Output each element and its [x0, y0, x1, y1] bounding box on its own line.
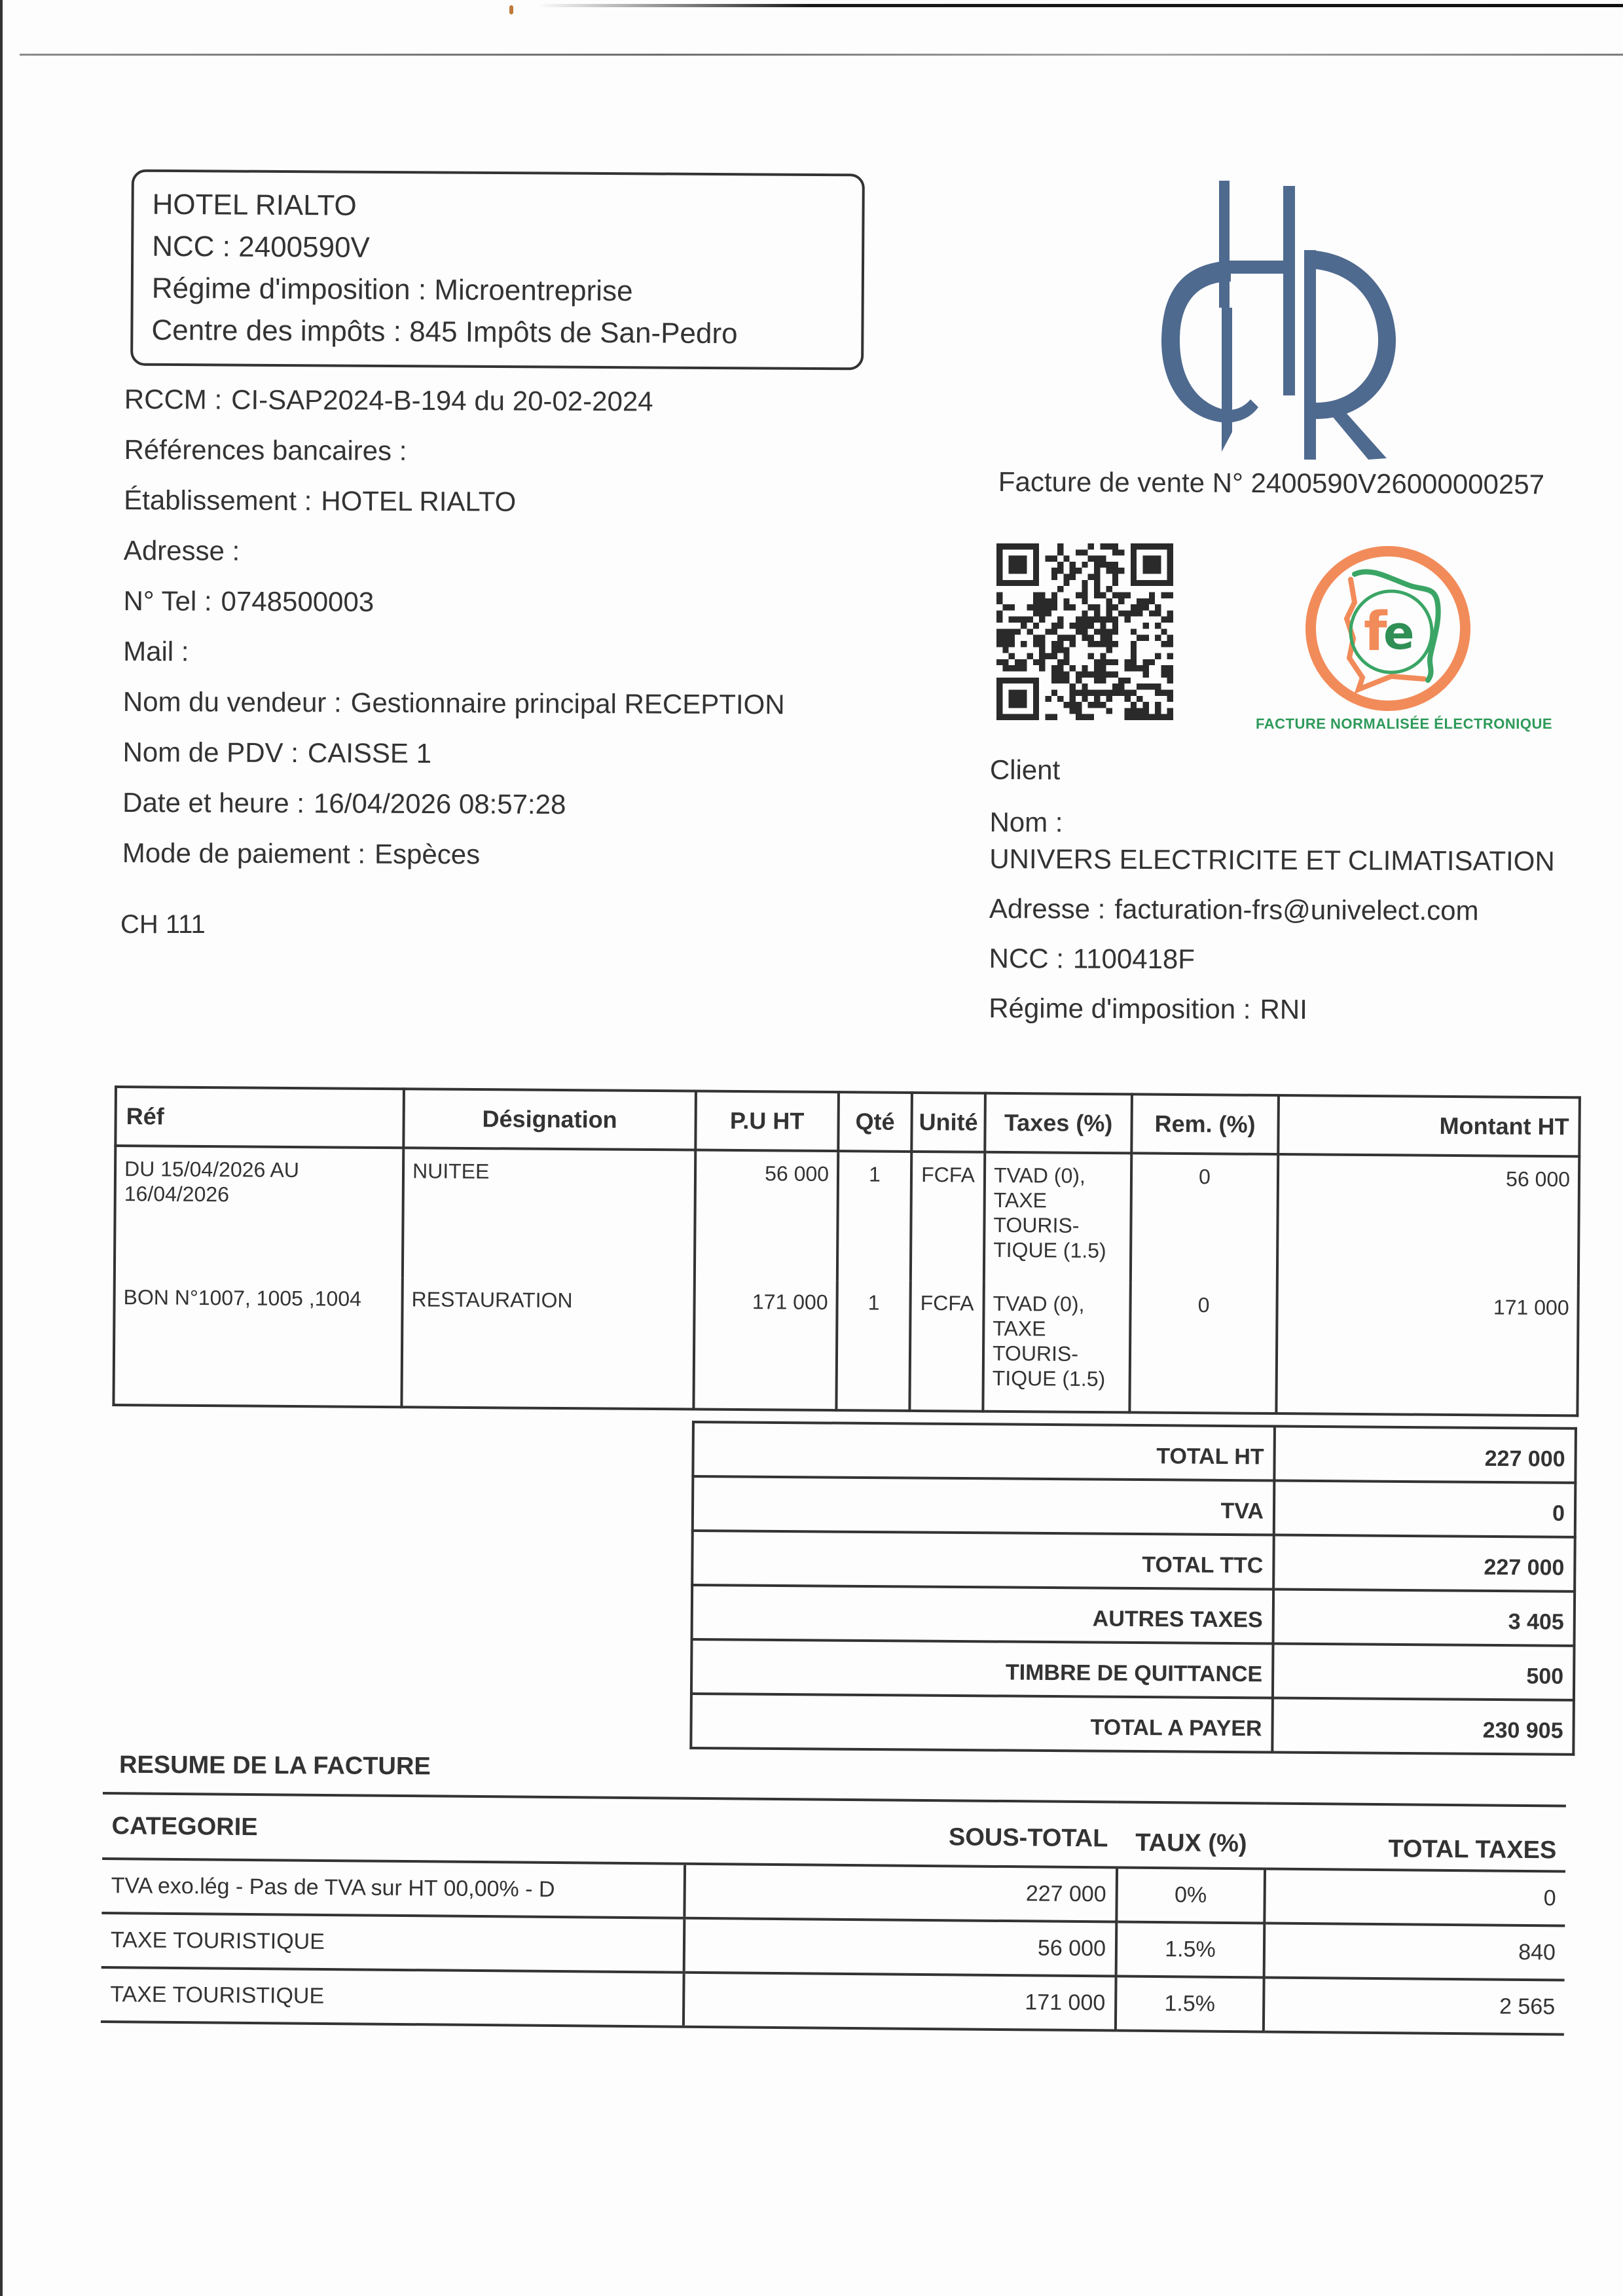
summary-total-taxes: 840 — [1264, 1923, 1565, 1980]
invoice-number: Facture de vente N° 2400590V26000000257 — [998, 466, 1544, 500]
total-label: TIMBRE DE QUITTANCE — [691, 1639, 1273, 1698]
table-row: BON N°1007, 1005 ,1004 RESTAURATION 171 … — [113, 1275, 1578, 1415]
info-rccm: RCCM :CI-SAP2024-B-194 du 20-02-2024 — [124, 380, 910, 433]
client-regime-value: RNI — [1260, 994, 1307, 1025]
client-block: Client Nom : UNIVERS ELECTRICITE ET CLIM… — [989, 752, 1592, 1042]
item-ref: DU 15/04/2026 AU 16/04/2026 — [115, 1146, 403, 1277]
item-amount: 56 000 — [1277, 1154, 1579, 1286]
info-label: Mode de paiement : — [122, 837, 365, 869]
info-label: Mail : — [123, 636, 189, 666]
item-taxes: TVAD (0), TAXE TOURIS- TIQUE (1.5) — [983, 1282, 1130, 1413]
item-discount: 0 — [1131, 1153, 1278, 1284]
seller-tax-centre: Centre des impôts : 845 Impôts de San-Pe… — [151, 310, 843, 355]
summary-rate: 1.5% — [1116, 1922, 1265, 1978]
summary-subtotal: 171 000 — [684, 1973, 1116, 2031]
summary-category: TAXE TOURISTIQUE — [101, 1967, 684, 2027]
client-address-label: Adresse : — [989, 893, 1106, 924]
totals-table: TOTAL HT227 000 TVA0 TOTAL TTC227 000 AU… — [689, 1421, 1575, 1756]
col-unit: Unité — [911, 1093, 985, 1152]
item-qty: 1 — [837, 1151, 911, 1281]
total-label: TOTAL TTC — [692, 1531, 1274, 1590]
col-discount: Rem. (%) — [1131, 1094, 1279, 1154]
total-due-row: TOTAL A PAYER230 905 — [691, 1694, 1574, 1755]
info-value: 0748500003 — [221, 586, 374, 617]
total-label: TOTAL A PAYER — [691, 1694, 1273, 1753]
scan-mark — [509, 5, 513, 14]
info-establishment: Établissement :HOTEL RIALTO — [124, 481, 909, 534]
seller-info-list: RCCM :CI-SAP2024-B-194 du 20-02-2024 Réf… — [122, 380, 910, 887]
total-label: TOTAL HT — [693, 1422, 1275, 1481]
item-unit-price: 171 000 — [693, 1280, 837, 1411]
total-ttc-row: TOTAL TTC227 000 — [692, 1531, 1575, 1592]
info-label: Établissement : — [124, 484, 312, 516]
item-designation: NUITEE — [403, 1148, 695, 1279]
info-label: N° Tel : — [123, 585, 211, 617]
summary-total-taxes: 2 565 — [1264, 1977, 1565, 2034]
client-ncc-label: NCC : — [989, 943, 1065, 974]
seller-centre-value: 845 Impôts de San-Pedro — [409, 316, 738, 350]
total-value: 3 405 — [1273, 1590, 1575, 1646]
seller-regime-label: Régime d'imposition : — [152, 272, 427, 306]
info-label: Nom du vendeur : — [123, 686, 342, 718]
summary-category: TAXE TOURISTIQUE — [101, 1913, 685, 1973]
client-title: Client — [990, 752, 1592, 807]
item-amount: 171 000 — [1276, 1284, 1578, 1415]
client-name-label: Nom : — [989, 804, 1592, 843]
summary-rate: 1.5% — [1116, 1977, 1264, 2032]
col-rate: TAUX (%) — [1117, 1802, 1266, 1869]
client-regime: Régime d'imposition :RNI — [989, 990, 1591, 1042]
items-header-row: Réf Désignation P.U HT Qté Unité Taxes (… — [115, 1087, 1580, 1156]
seller-identity-box: HOTEL RIALTO NCC : 2400590V Régime d'imp… — [130, 170, 865, 371]
total-label: AUTRES TAXES — [692, 1585, 1274, 1644]
info-label: Nom de PDV : — [122, 737, 299, 768]
col-total-taxes: TOTAL TAXES — [1265, 1803, 1566, 1871]
total-value: 0 — [1274, 1481, 1576, 1537]
summary-rate: 0% — [1116, 1868, 1265, 1923]
seller-regime: Régime d'imposition : Microentreprise — [152, 268, 843, 314]
invoice-number-value: 2400590V26000000257 — [1250, 467, 1544, 500]
scan-fold-line — [20, 54, 1623, 56]
info-value: HOTEL RIALTO — [321, 485, 516, 517]
info-label: Références bancaires : — [124, 434, 407, 466]
col-taxes: Taxes (%) — [985, 1093, 1132, 1154]
item-taxes: TVAD (0), TAXE TOURIS- TIQUE (1.5) — [984, 1152, 1131, 1283]
info-label: RCCM : — [124, 384, 223, 415]
info-address: Adresse : — [124, 531, 909, 585]
qr-code-icon[interactable] — [996, 543, 1173, 720]
info-value: 16/04/2026 08:57:28 — [314, 788, 566, 820]
info-value: CAISSE 1 — [308, 737, 431, 769]
summary-table: CATEGORIE SOUS-TOTAL TAUX (%) TOTAL TAXE… — [101, 1792, 1566, 2035]
info-value: CI-SAP2024-B-194 du 20-02-2024 — [231, 384, 653, 417]
item-unit: FCFA — [911, 1152, 985, 1282]
invoice-number-label: Facture de vente N° — [998, 466, 1243, 498]
summary-subtotal: 56 000 — [684, 1918, 1117, 1977]
total-label: TVA — [693, 1476, 1275, 1535]
seller-ncc: NCC : 2400590V — [152, 226, 843, 272]
room-note: CH 111 — [120, 910, 206, 939]
info-mail: Mail : — [123, 632, 909, 685]
col-category: CATEGORIE — [102, 1793, 685, 1864]
seller-name: HOTEL RIALTO — [152, 184, 843, 230]
info-value: Espèces — [374, 839, 480, 870]
col-subtotal: SOUS-TOTAL — [685, 1798, 1118, 1868]
total-value: 500 — [1273, 1644, 1575, 1700]
stamp-duty-row: TIMBRE DE QUITTANCE500 — [691, 1639, 1575, 1700]
info-label: Adresse : — [124, 535, 240, 566]
seller-centre-label: Centre des impôts : — [151, 314, 401, 348]
invoice-items-table: Réf Désignation P.U HT Qté Unité Taxes (… — [112, 1085, 1578, 1417]
seller-regime-value: Microentreprise — [434, 274, 633, 307]
svg-text:e: e — [1383, 606, 1414, 660]
summary-total-taxes: 0 — [1264, 1868, 1565, 1925]
info-phone: N° Tel :0748500003 — [123, 581, 909, 635]
item-designation: RESTAURATION — [401, 1277, 694, 1409]
total-value: 227 000 — [1274, 1427, 1576, 1483]
info-bank-references: Références bancaires : — [124, 430, 909, 484]
fne-logo-icon: f e — [1300, 540, 1476, 717]
info-value: Gestionnaire principal RECEPTION — [351, 687, 785, 720]
info-pos-name: Nom de PDV :CAISSE 1 — [122, 733, 908, 786]
client-ncc-value: 1100418F — [1073, 943, 1195, 975]
client-address-value: facturation-frs@univelect.com — [1114, 894, 1478, 926]
col-unit-price: P.U HT — [695, 1091, 839, 1152]
item-unit: FCFA — [909, 1281, 983, 1412]
client-regime-label: Régime d'imposition : — [989, 993, 1250, 1025]
client-name: UNIVERS ELECTRICITE ET CLIMATISATION — [989, 841, 1592, 893]
tva-row: TVA0 — [693, 1476, 1576, 1537]
summary-header-row: CATEGORIE SOUS-TOTAL TAUX (%) TOTAL TAXE… — [102, 1793, 1566, 1872]
seller-ncc-label: NCC : — [152, 230, 230, 263]
total-value: 227 000 — [1273, 1535, 1575, 1592]
summary-category: TVA exo.lég - Pas de TVA sur HT 00,00% -… — [101, 1859, 685, 1918]
scan-edge-left — [0, 0, 3, 2296]
item-ref: BON N°1007, 1005 ,1004 — [113, 1275, 402, 1407]
seller-ncc-value: 2400590V — [238, 231, 370, 264]
hotel-rialto-logo-icon — [1159, 177, 1434, 465]
total-value: 230 905 — [1272, 1698, 1574, 1755]
item-discount: 0 — [1129, 1283, 1277, 1413]
total-ht-row: TOTAL HT227 000 — [693, 1422, 1576, 1483]
summary-subtotal: 227 000 — [684, 1864, 1117, 1922]
info-payment-mode: Mode de paiement :Espèces — [122, 833, 908, 887]
col-designation: Désignation — [403, 1089, 696, 1150]
info-seller-name: Nom du vendeur :Gestionnaire principal R… — [123, 682, 909, 736]
col-amount: Montant HT — [1278, 1095, 1580, 1156]
client-ncc: NCC :1100418F — [989, 940, 1591, 993]
col-qty: Qté — [838, 1092, 912, 1152]
client-address: Adresse :facturation-frs@univelect.com — [989, 890, 1592, 943]
summary-title: RESUME DE LA FACTURE — [119, 1751, 431, 1781]
fne-label: FACTURE NORMALISÉE ÉLECTRONIQUE — [1256, 716, 1552, 733]
info-label: Date et heure : — [122, 787, 304, 818]
scan-edge — [537, 4, 1623, 7]
other-taxes-row: AUTRES TAXES3 405 — [692, 1585, 1575, 1646]
col-ref: Réf — [115, 1087, 404, 1148]
item-qty: 1 — [836, 1281, 910, 1411]
item-unit-price: 56 000 — [695, 1150, 838, 1281]
table-row: DU 15/04/2026 AU 16/04/2026 NUITEE 56 00… — [115, 1146, 1579, 1286]
info-datetime: Date et heure :16/04/2026 08:57:28 — [122, 783, 908, 837]
